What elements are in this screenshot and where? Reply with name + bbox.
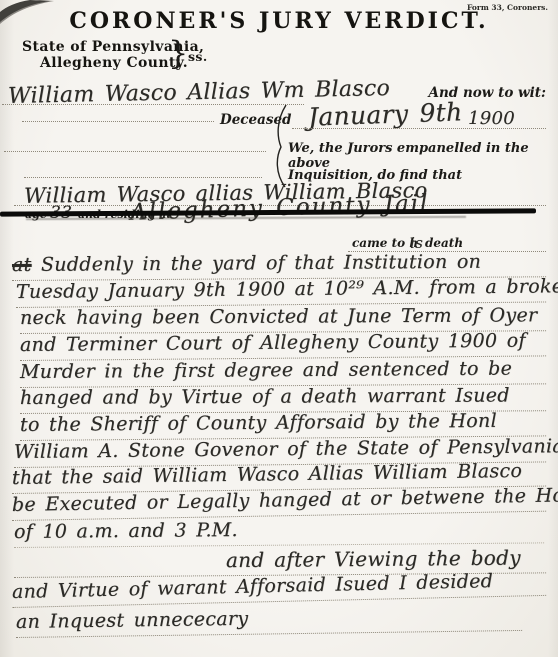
blank-rule-3 — [24, 177, 262, 178]
blank-rule-2 — [4, 151, 266, 152]
death-label: death — [425, 236, 463, 250]
struck-word: at — [12, 254, 32, 276]
verdict-line: of 10 a.m. and 3 P.M. — [14, 516, 544, 548]
verdict-line: and Terminer Court of Allegheny County 1… — [20, 329, 546, 361]
county-line: Allegheny County. — [40, 55, 188, 71]
came-to-label: came to h — [352, 236, 418, 250]
jurors-line: We, the Jurors empanelled in the above — [288, 141, 558, 171]
blank-rule-1 — [22, 121, 214, 122]
verdict-line: Tuesday January 9th 1900 at 10²⁹ A.M. fr… — [16, 275, 546, 308]
ss-label: ss. — [188, 49, 208, 64]
coroner-verdict-document: Form 33, Coroners. CORONER'S JURY VERDIC… — [0, 0, 558, 657]
ss-brace: } — [168, 34, 188, 72]
verdict-line: Murder in the first degree and sentenced… — [20, 357, 546, 388]
verdict-year: 1900 — [468, 108, 515, 129]
his-fill: is — [410, 234, 423, 252]
verdict-line-text: Suddenly in the yard of that Institution… — [41, 251, 481, 276]
page-title: CORONER'S JURY VERDICT. — [0, 8, 558, 34]
verdict-line: an Inquest unnececary — [16, 604, 522, 638]
verdict-date: January 9th — [308, 97, 463, 131]
date-rule — [292, 128, 546, 129]
verdict-line-text: and after Viewing the body — [226, 546, 521, 573]
name-rule — [2, 104, 304, 105]
